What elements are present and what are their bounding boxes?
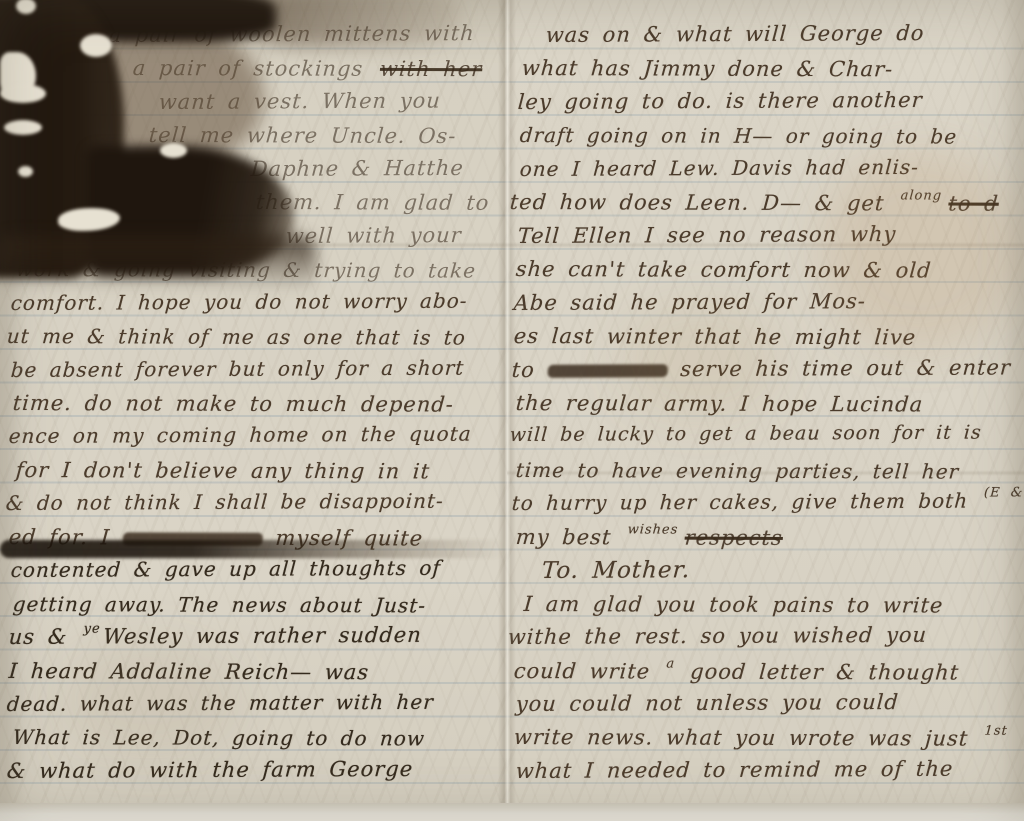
handwriting-text: What is Lee, Dot, going to do now bbox=[12, 725, 426, 750]
handwriting-text: comfort. I hope you do not worry abo- bbox=[10, 288, 468, 314]
handwriting-text: to hurry up her cakes, give them both bbox=[511, 489, 981, 515]
handwriting-line: Daphne & Hatthe bbox=[250, 156, 465, 181]
handwriting-text: to bbox=[511, 357, 548, 381]
handwriting-text: to d bbox=[948, 192, 1000, 216]
handwriting-line: I am glad you took pains to write bbox=[523, 592, 944, 617]
handwriting-text: time to have evening parties, tell her bbox=[515, 458, 960, 484]
handwriting-line: comfort. I hope you do not worry abo- bbox=[10, 288, 468, 314]
handwriting-text: one I heard Lew. Davis had enlis- bbox=[519, 155, 920, 181]
handwriting-line: To. Mother. bbox=[541, 557, 691, 584]
handwriting-text: she can't take comfort now & old bbox=[515, 257, 932, 282]
handwriting-text: ence on my coming home on the quota bbox=[8, 422, 473, 448]
handwriting-line: ted how does Leen. D— & get alongto d bbox=[509, 190, 1000, 216]
handwriting-line: one I heard Lew. Davis had enlis- bbox=[519, 155, 920, 181]
handwriting-line: what I needed to remind me of the bbox=[515, 757, 954, 783]
handwriting-line: to hurry up her cakes, give them both (E… bbox=[511, 488, 1024, 515]
handwriting-line: them. I am glad to bbox=[255, 190, 490, 215]
handwriting-text: the regular army. I hope Lucinda bbox=[515, 391, 924, 416]
handwriting-text: be absent forever but only for a short bbox=[10, 355, 465, 381]
handwriting-text: time. do not make to much depend- bbox=[12, 391, 455, 417]
handwriting-text: my best bbox=[515, 525, 625, 549]
handwriting-text: ed for. I bbox=[8, 525, 124, 549]
handwriting-text: To. Mother. bbox=[541, 557, 691, 584]
handwriting-text: what has Jimmy done & Char- bbox=[521, 56, 894, 81]
handwriting-text: us & bbox=[8, 625, 81, 649]
handwriting-text: Abe said he prayed for Mos- bbox=[513, 289, 867, 315]
handwriting-line: getting away. The news about Just- bbox=[12, 592, 427, 617]
handwriting-line: time to have evening parties, tell her bbox=[515, 458, 960, 484]
handwriting-text: them. I am glad to bbox=[255, 190, 490, 215]
ink-blot-segment bbox=[122, 532, 263, 545]
handwriting-text: a pair of stockings bbox=[132, 56, 377, 81]
handwriting-text: I am glad you took pains to write bbox=[523, 592, 944, 617]
handwriting-text: & do not think I shall be disappoint- bbox=[5, 489, 445, 515]
handwriting-text: wishes bbox=[627, 522, 679, 537]
handwriting-text: you could not unless you could bbox=[515, 690, 900, 716]
handwriting-text: ley going to do. is there another bbox=[517, 88, 923, 114]
handwriting-text: along bbox=[900, 189, 943, 204]
handwriting-line: ley going to do. is there another bbox=[517, 88, 923, 114]
handwriting-text: was on & what will George do bbox=[545, 21, 925, 47]
handwriting-line: contented & gave up all thoughts of bbox=[10, 556, 442, 582]
handwriting-text: myself quite bbox=[262, 526, 424, 551]
handwriting-line: & do not think I shall be disappoint- bbox=[5, 489, 445, 515]
handwriting-text: Tell Ellen I see no reason why bbox=[517, 222, 897, 248]
handwriting-text: serve his time out & enter bbox=[667, 355, 1012, 381]
letter-page-right: was on & what will George dowhat has Jim… bbox=[507, 0, 1024, 821]
handwriting-line: I heard Addaline Reich— was bbox=[8, 659, 370, 684]
handwriting-line: a pair of stockings with her bbox=[132, 56, 483, 81]
handwriting-line: Abe said he prayed for Mos- bbox=[513, 289, 867, 315]
handwriting-text: work & going visiting & trying to take bbox=[15, 257, 477, 283]
handwriting-text: ted how does Leen. D— & get bbox=[509, 190, 898, 215]
handwriting-line: draft going on in H— or going to be bbox=[519, 123, 958, 149]
handwriting-line: write news. what you wrote was just 1st bbox=[513, 725, 1011, 751]
handwriting-line: could write a good letter & thought bbox=[513, 659, 960, 685]
handwriting-line: what has Jimmy done & Char- bbox=[521, 56, 894, 81]
handwriting-text: withe the rest. so you wished you bbox=[507, 623, 928, 649]
handwriting-line: time. do not make to much depend- bbox=[12, 391, 455, 417]
handwriting-text: contented & gave up all thoughts of bbox=[10, 556, 442, 582]
handwriting-line: want a vest. When you bbox=[158, 88, 442, 113]
handwriting-text: & what do with the farm George bbox=[6, 757, 414, 783]
handwriting-text: good letter & thought bbox=[677, 659, 960, 684]
handwriting-text: I heard Addaline Reich— was bbox=[8, 659, 370, 684]
handwriting-line: she can't take comfort now & old bbox=[515, 257, 932, 282]
ink-blot-segment bbox=[547, 364, 668, 378]
handwriting-line: us & yeWesley was rather sudden bbox=[8, 623, 423, 649]
handwriting-line: the regular army. I hope Lucinda bbox=[515, 391, 924, 416]
handwriting-text: (E & L) bbox=[984, 485, 1024, 500]
handwriting-text: with her bbox=[379, 57, 483, 81]
handwriting-text: well with your bbox=[285, 223, 463, 248]
handwriting-line: tell me where Uncle. Os- bbox=[148, 123, 457, 148]
handwriting-text: respects bbox=[684, 525, 784, 549]
handwriting-line: for I don't believe any thing in it bbox=[15, 458, 431, 483]
handwriting-line: es last winter that he might live bbox=[513, 324, 917, 349]
handwriting-line: ence on my coming home on the quota bbox=[8, 422, 473, 448]
handwriting-text: ye bbox=[83, 622, 101, 637]
handwriting-text: could write bbox=[513, 659, 664, 684]
handwriting-line: Tell Ellen I see no reason why bbox=[517, 222, 897, 248]
letter-scan: a pair of woolen mittens witha pair of s… bbox=[0, 0, 1024, 821]
handwriting-line: What is Lee, Dot, going to do now bbox=[12, 725, 426, 750]
handwriting-text: want a vest. When you bbox=[158, 88, 442, 113]
handwriting-text: ut me & think of me as one that is to bbox=[6, 324, 467, 350]
handwriting-text: Daphne & Hatthe bbox=[250, 156, 465, 181]
handwriting-text: draft going on in H— or going to be bbox=[519, 123, 958, 149]
handwriting-line: to serve his time out & enter bbox=[511, 355, 1012, 382]
handwriting-line: ut me & think of me as one that is to bbox=[6, 324, 467, 350]
handwriting-line: was on & what will George do bbox=[545, 21, 925, 47]
handwriting-line: will be lucky to get a beau soon for it … bbox=[509, 422, 982, 446]
handwriting-text: for I don't believe any thing in it bbox=[15, 458, 431, 483]
handwriting-line: work & going visiting & trying to take bbox=[15, 257, 477, 283]
handwriting-text: dead. what was the matter with her bbox=[6, 690, 435, 716]
handwriting-line: & what do with the farm George bbox=[6, 757, 414, 783]
handwriting-line: my best wishesrespects bbox=[515, 525, 784, 550]
handwriting-text: write news. what you wrote was just bbox=[513, 725, 982, 751]
handwriting-text: tell me where Uncle. Os- bbox=[148, 123, 457, 148]
handwriting-text: es last winter that he might live bbox=[513, 324, 917, 349]
handwriting-text: a bbox=[666, 656, 676, 671]
handwriting-text: what I needed to remind me of the bbox=[515, 757, 954, 783]
handwriting-text: a pair of woolen mittens with bbox=[108, 21, 476, 47]
handwriting-line: dead. what was the matter with her bbox=[6, 690, 435, 716]
handwriting-line: be absent forever but only for a short bbox=[10, 355, 465, 381]
handwriting-line: you could not unless you could bbox=[515, 690, 900, 716]
letter-page-left: a pair of woolen mittens witha pair of s… bbox=[0, 0, 507, 821]
handwriting-text: will be lucky to get a beau soon for it … bbox=[509, 422, 982, 446]
handwriting-line: withe the rest. so you wished you bbox=[507, 623, 928, 649]
handwriting-text: 1st bbox=[984, 724, 1008, 739]
handwriting-text: Wesley was rather sudden bbox=[102, 623, 422, 649]
handwriting-line: ed for. I myself quite bbox=[8, 525, 424, 550]
handwriting-line: a pair of woolen mittens with bbox=[108, 21, 476, 47]
handwriting-text: getting away. The news about Just- bbox=[12, 592, 427, 617]
handwriting-line: well with your bbox=[285, 223, 463, 248]
